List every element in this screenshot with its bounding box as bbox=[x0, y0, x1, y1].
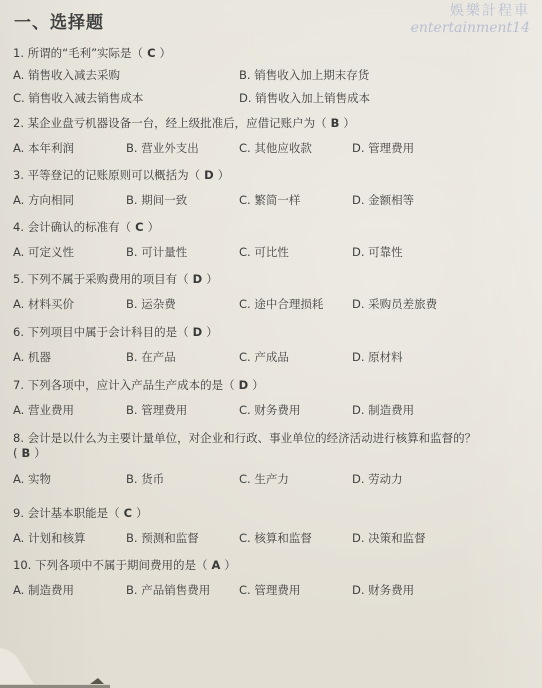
question-7: 7. 下列各项中，应计入产品生产成本的是（D） A. 营业费用 B. 管理费用 … bbox=[13, 378, 513, 417]
options-row: A. 制造费用 B. 产品销售费用 C. 管理费用 D. 财务费用 bbox=[13, 583, 513, 597]
option-a: A. 计划和核算 bbox=[13, 531, 85, 545]
option-d: D. 劳动力 bbox=[352, 472, 403, 486]
option-d: D. 采购员差旅费 bbox=[352, 297, 437, 311]
option-a: A. 机器 bbox=[13, 350, 51, 364]
options-row-2: C. 销售收入减去销售成本 D. 销售收入加上销售成本 bbox=[13, 91, 513, 105]
question-text: 2. 某企业盘亏机器设备一台，经上级批准后，应借记账户为（B） bbox=[13, 116, 513, 130]
option-c: C. 其他应收款 bbox=[239, 141, 312, 155]
page-curl-decoration bbox=[0, 628, 110, 688]
question-2: 2. 某企业盘亏机器设备一台，经上级批准后，应借记账户为（B） A. 本年利润 … bbox=[13, 116, 513, 155]
option-d: D. 制造费用 bbox=[352, 403, 414, 417]
question-text: 1. 所谓的“毛利”实际是（C） bbox=[13, 46, 513, 60]
question-text: 3. 平等登记的记账原则可以概括为（D） bbox=[13, 168, 513, 182]
options-row: A. 计划和核算 B. 预测和监督 C. 核算和监督 D. 决策和监督 bbox=[13, 531, 513, 545]
option-d: D. 决策和监督 bbox=[352, 531, 426, 545]
question-text: 5. 下列不属于采购费用的项目有（D） bbox=[13, 272, 513, 286]
question-text: 8. 会计是以什么为主要计量单位，对企业和行政、事业单位的经济活动进行核算和监督… bbox=[13, 431, 483, 461]
option-c: C. 生产力 bbox=[239, 472, 289, 486]
option-d: D. 可靠性 bbox=[352, 245, 403, 259]
question-text: 10. 下列各项中不属于期间费用的是（A） bbox=[13, 558, 513, 572]
question-text: 6. 下列项目中属于会计科目的是（D） bbox=[13, 325, 513, 339]
options-row: A. 可定义性 B. 可计量性 C. 可比性 D. 可靠性 bbox=[13, 245, 513, 259]
option-d: D. 管理费用 bbox=[352, 141, 414, 155]
options-row: A. 材料买价 B. 运杂费 C. 途中合理损耗 D. 采购员差旅费 bbox=[13, 297, 513, 311]
question-4: 4. 会计确认的标准有（C） A. 可定义性 B. 可计量性 C. 可比性 D.… bbox=[13, 220, 513, 259]
option-c: C. 销售收入减去销售成本 bbox=[13, 91, 143, 105]
answer: C bbox=[124, 506, 132, 520]
answer: C bbox=[135, 220, 143, 234]
option-a: A. 本年利润 bbox=[13, 141, 74, 155]
option-b: B. 可计量性 bbox=[126, 245, 187, 259]
option-d: D. 销售收入加上销售成本 bbox=[239, 91, 370, 105]
option-b: B. 销售收入加上期末存货 bbox=[239, 68, 369, 82]
option-c: C. 核算和监督 bbox=[239, 531, 312, 545]
question-6: 6. 下列项目中属于会计科目的是（D） A. 机器 B. 在产品 C. 产成品 … bbox=[13, 325, 513, 364]
option-a: A. 可定义性 bbox=[13, 245, 74, 259]
option-c: C. 管理费用 bbox=[239, 583, 300, 597]
watermark: 娛樂計程車 entertainment14 bbox=[411, 3, 530, 37]
question-9: 9. 会计基本职能是（C） A. 计划和核算 B. 预测和监督 C. 核算和监督… bbox=[13, 506, 513, 545]
option-c: C. 产成品 bbox=[239, 350, 289, 364]
option-c: C. 财务费用 bbox=[239, 403, 300, 417]
question-text: 9. 会计基本职能是（C） bbox=[13, 506, 513, 520]
option-b: B. 期间一致 bbox=[126, 193, 187, 207]
option-a: A. 销售收入减去采购 bbox=[13, 68, 120, 82]
answer: C bbox=[147, 46, 155, 60]
option-c: C. 途中合理损耗 bbox=[239, 297, 323, 311]
option-b: B. 预测和监督 bbox=[126, 531, 199, 545]
option-a: A. 材料买价 bbox=[13, 297, 74, 311]
option-b: B. 运杂费 bbox=[126, 297, 176, 311]
option-d: D. 金额相等 bbox=[352, 193, 414, 207]
options-row: A. 方向相同 B. 期间一致 C. 繁简一样 D. 金额相等 bbox=[13, 193, 513, 207]
question-text: 4. 会计确认的标准有（C） bbox=[13, 220, 513, 234]
option-d: D. 原材料 bbox=[352, 350, 403, 364]
options-row: A. 实物 B. 货币 C. 生产力 D. 劳动力 bbox=[13, 472, 483, 486]
option-b: B. 在产品 bbox=[126, 350, 176, 364]
answer: B bbox=[22, 446, 31, 460]
options-row-1: A. 销售收入减去采购 B. 销售收入加上期末存货 bbox=[13, 68, 513, 82]
option-a: A. 方向相同 bbox=[13, 193, 74, 207]
question-10: 10. 下列各项中不属于期间费用的是（A） A. 制造费用 B. 产品销售费用 … bbox=[13, 558, 513, 597]
question-8: 8. 会计是以什么为主要计量单位，对企业和行政、事业单位的经济活动进行核算和监督… bbox=[13, 431, 483, 486]
option-a: A. 实物 bbox=[13, 472, 51, 486]
question-1: 1. 所谓的“毛利”实际是（C） A. 销售收入减去采购 B. 销售收入加上期末… bbox=[13, 46, 513, 105]
answer: D bbox=[193, 325, 203, 339]
watermark-english: entertainment14 bbox=[411, 20, 530, 37]
option-b: B. 货币 bbox=[126, 472, 164, 486]
answer: D bbox=[193, 272, 203, 286]
option-b: B. 营业外支出 bbox=[126, 141, 199, 155]
answer: A bbox=[211, 558, 220, 572]
watermark-chinese: 娛樂計程車 bbox=[411, 3, 530, 20]
option-d: D. 财务费用 bbox=[352, 583, 414, 597]
question-3: 3. 平等登记的记账原则可以概括为（D） A. 方向相同 B. 期间一致 C. … bbox=[13, 168, 513, 207]
options-row: A. 营业费用 B. 管理费用 C. 财务费用 D. 制造费用 bbox=[13, 403, 513, 417]
option-c: C. 繁简一样 bbox=[239, 193, 300, 207]
option-c: C. 可比性 bbox=[239, 245, 289, 259]
option-a: A. 营业费用 bbox=[13, 403, 74, 417]
option-b: B. 管理费用 bbox=[126, 403, 187, 417]
options-row: A. 本年利润 B. 营业外支出 C. 其他应收款 D. 管理费用 bbox=[13, 141, 513, 155]
section-title: 一、选择题 bbox=[14, 8, 104, 33]
question-text: 7. 下列各项中，应计入产品生产成本的是（D） bbox=[13, 378, 513, 392]
answer: B bbox=[331, 116, 340, 130]
question-5: 5. 下列不属于采购费用的项目有（D） A. 材料买价 B. 运杂费 C. 途中… bbox=[13, 272, 513, 311]
option-b: B. 产品销售费用 bbox=[126, 583, 210, 597]
answer: D bbox=[204, 168, 214, 182]
answer: D bbox=[239, 378, 249, 392]
option-a: A. 制造费用 bbox=[13, 583, 74, 597]
options-row: A. 机器 B. 在产品 C. 产成品 D. 原材料 bbox=[13, 350, 513, 364]
